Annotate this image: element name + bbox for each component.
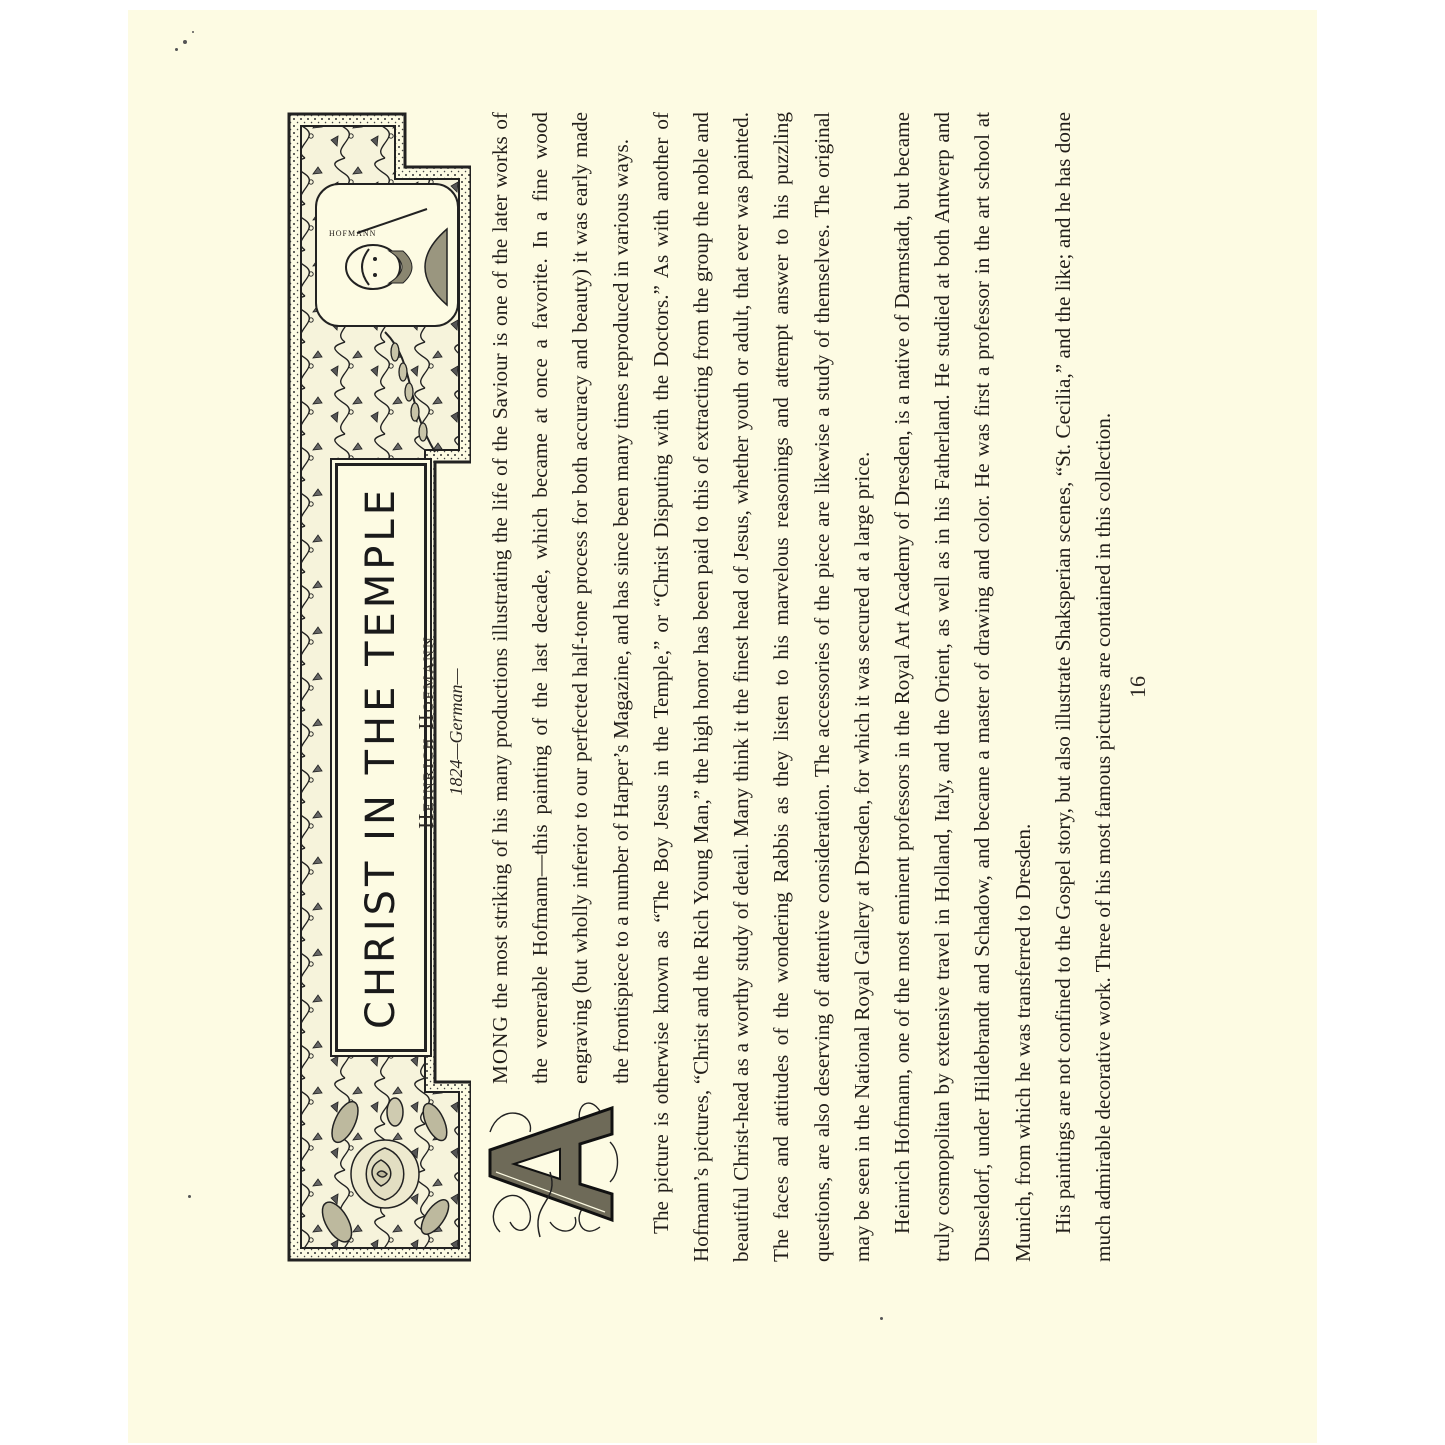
drop-cap-continuation: MONG: [488, 1015, 512, 1084]
paragraph: MONG the most striking of his many produ…: [480, 112, 641, 1262]
paragraph: Heinrich Hofmann, one of the most eminen…: [882, 112, 1043, 1262]
artist-name: Heinrich Hofmann: [411, 502, 441, 962]
paper-speck: [175, 48, 178, 51]
header-ornament: CHRIST IN THE TEMPLE HOFMANN Heinrich Ho…: [285, 112, 471, 1262]
paper-speck: [192, 31, 194, 33]
paper-speck: [183, 40, 187, 44]
portrait-caption: HOFMANN: [329, 229, 376, 238]
paper-speck: [880, 1317, 883, 1320]
paper-speck: [188, 1195, 191, 1198]
artist-credit: Heinrich Hofmann 1824—German—: [411, 502, 471, 962]
paragraph: The picture is otherwise known as “The B…: [641, 112, 882, 1262]
article-body: MONG the most striking of his many produ…: [480, 112, 1123, 1262]
page-title: CHRIST IN THE TEMPLE: [358, 486, 404, 1029]
rotated-page-content: CHRIST IN THE TEMPLE HOFMANN Heinrich Ho…: [285, 72, 1185, 1262]
paragraph: His paintings are not confined to the Go…: [1043, 112, 1123, 1262]
artist-dates: 1824—German—: [441, 502, 471, 962]
artist-portrait: HOFMANN: [315, 183, 459, 327]
page-number: 16: [1125, 112, 1151, 1262]
portrait-icon: [317, 185, 457, 325]
